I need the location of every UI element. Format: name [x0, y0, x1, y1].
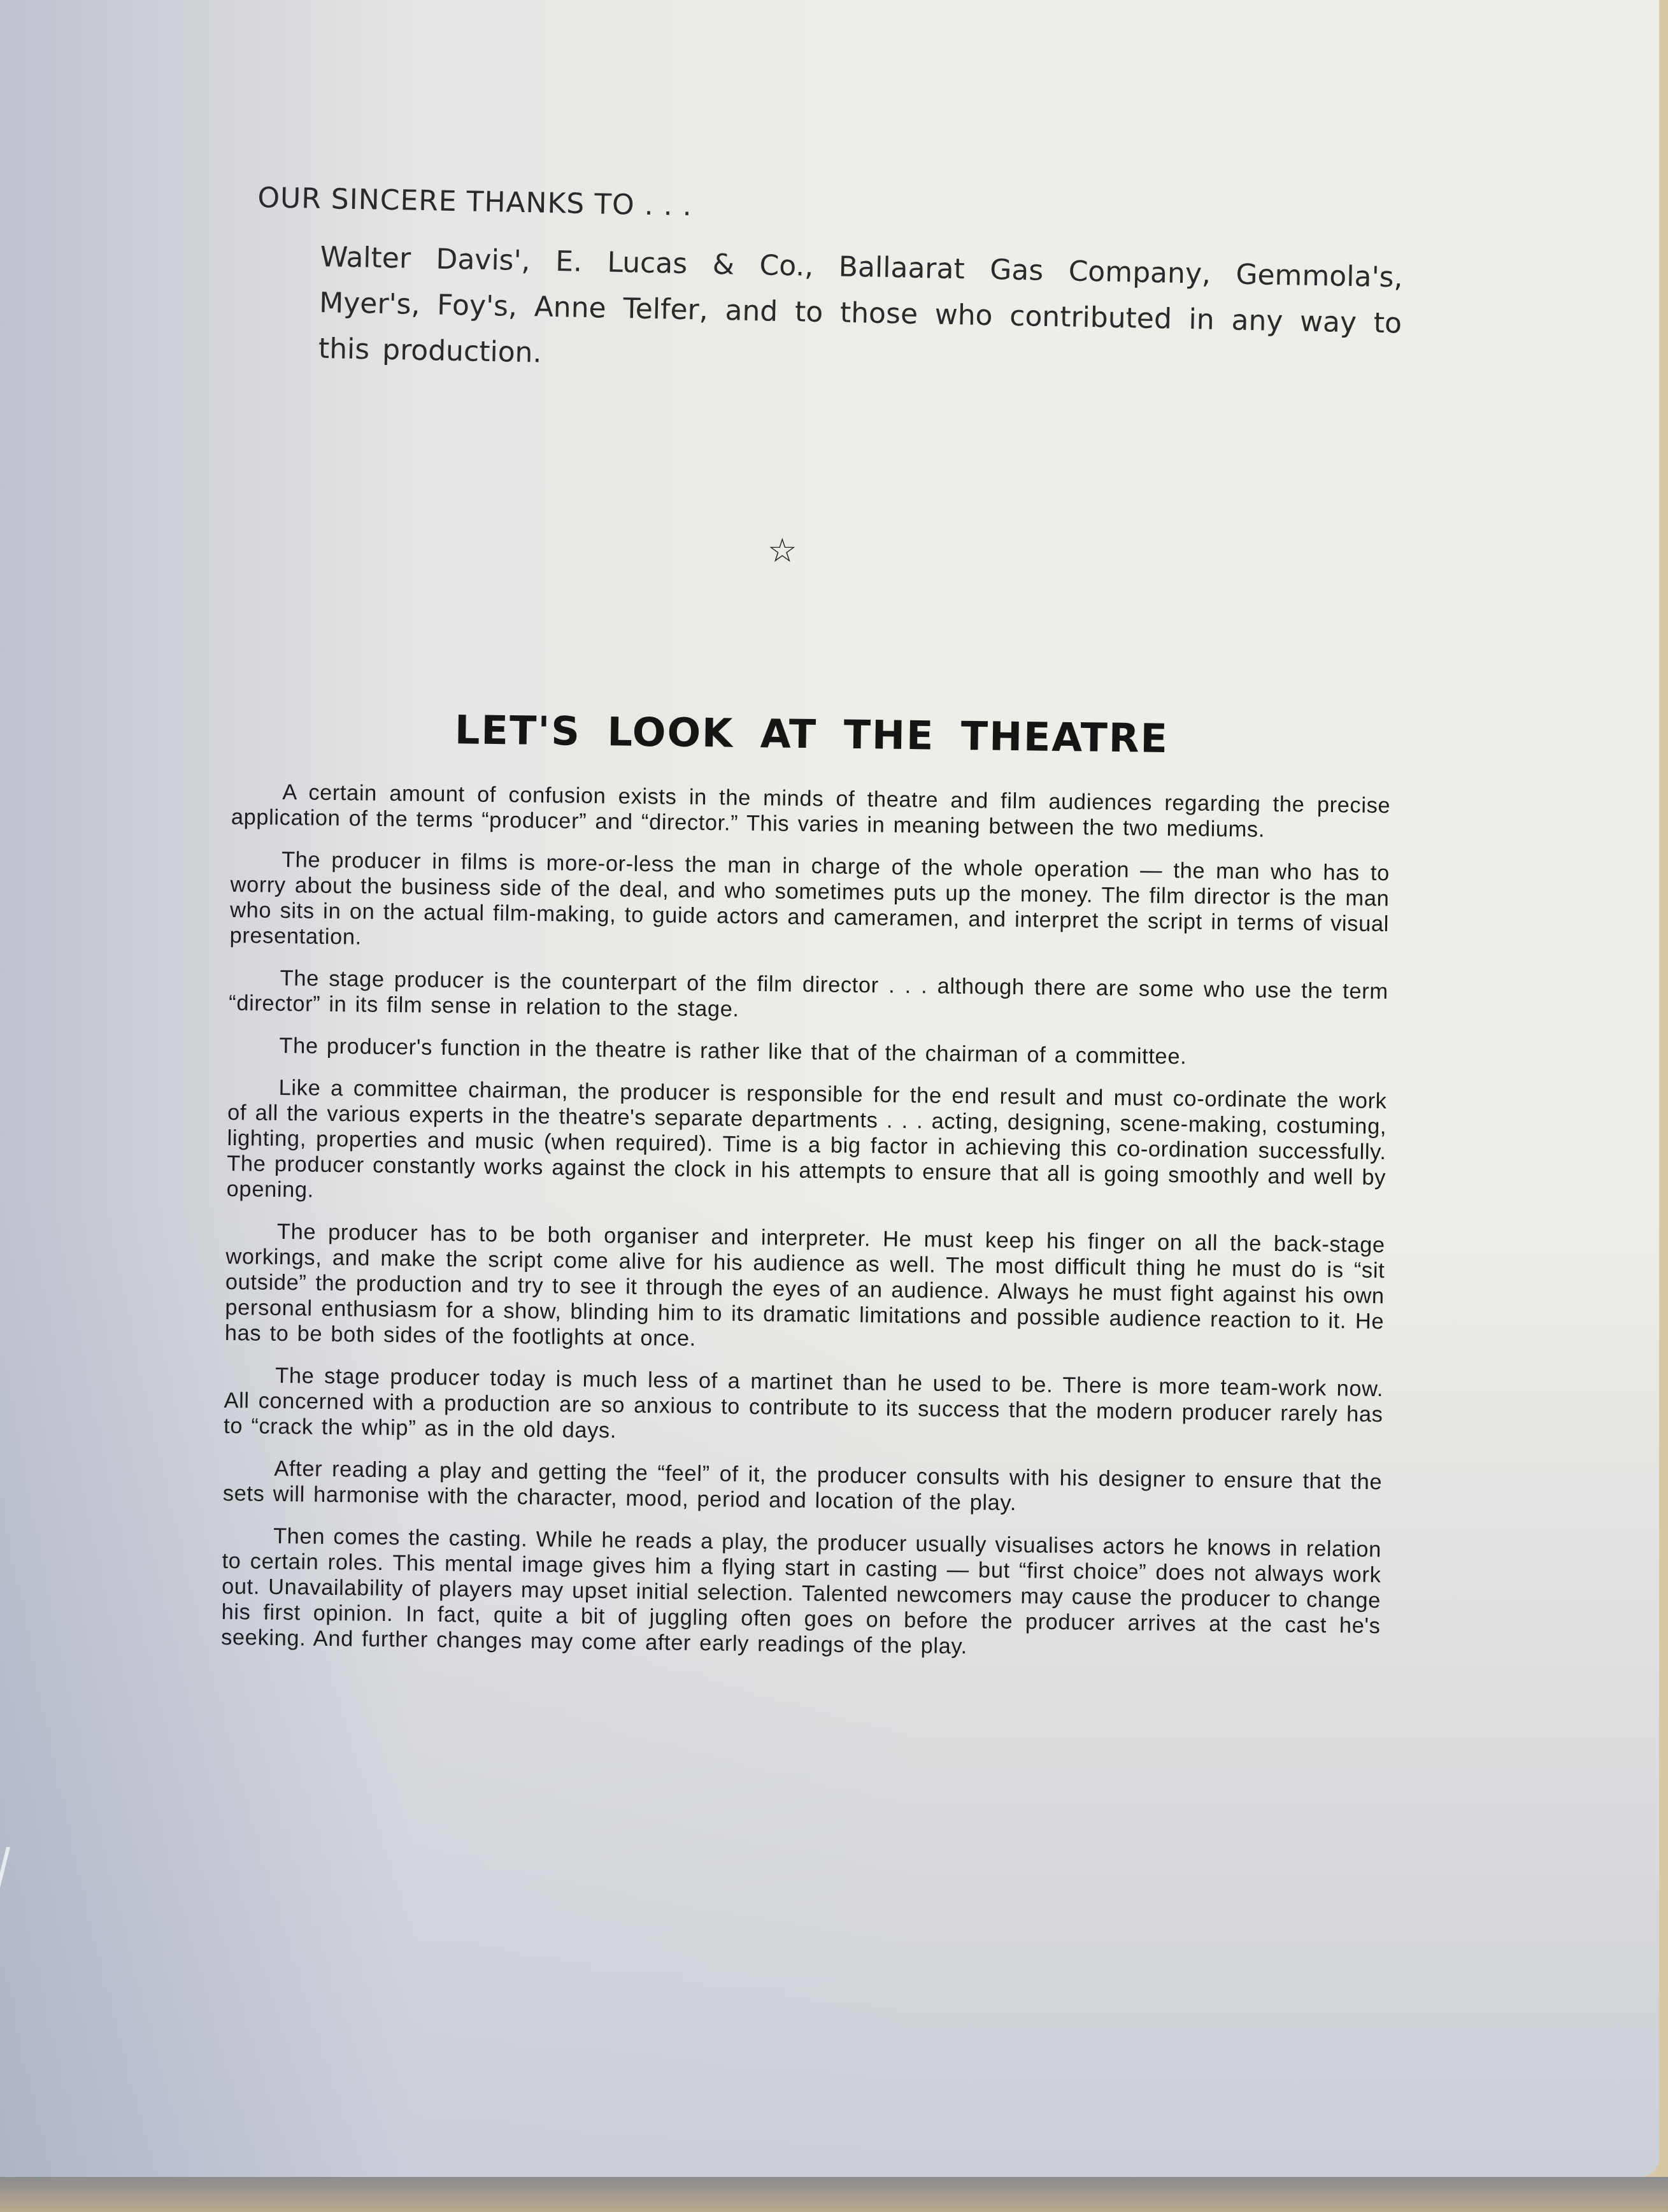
article-paragraph: The stage producer today is much less of… — [224, 1362, 1383, 1453]
acknowledgements-body: Walter Davis', E. Lucas & Co., Ballaarat… — [318, 234, 1403, 393]
article-paragraph: The producer has to be both organiser an… — [225, 1218, 1385, 1360]
article-paragraph: Then comes the casting. While he reads a… — [221, 1523, 1381, 1664]
acknowledgements-section: OUR SINCERE THANKS TO . . . Walter Davis… — [254, 182, 1404, 393]
article-title: LET'S LOOK AT THE THEATRE — [232, 704, 1392, 764]
article-paragraph: Like a committee chairman, the producer … — [226, 1074, 1386, 1216]
article-paragraph: The producer's function in the theatre i… — [228, 1032, 1387, 1072]
article-paragraph: The producer in films is more-or-less th… — [229, 846, 1390, 962]
article-paragraph: A certain amount of confusion exists in … — [231, 779, 1391, 844]
document-content: OUR SINCERE THANKS TO . . . Walter Davis… — [0, 0, 1668, 2212]
article-paragraph: After reading a play and getting the “fe… — [223, 1455, 1383, 1520]
acknowledgements-heading: OUR SINCERE THANKS TO . . . — [257, 182, 1404, 236]
article-paragraph: The stage producer is the counterpart of… — [229, 965, 1388, 1030]
star-outline-icon: ☆ — [767, 532, 797, 570]
article-section: LET'S LOOK AT THE THEATRE A certain amou… — [221, 704, 1392, 1681]
